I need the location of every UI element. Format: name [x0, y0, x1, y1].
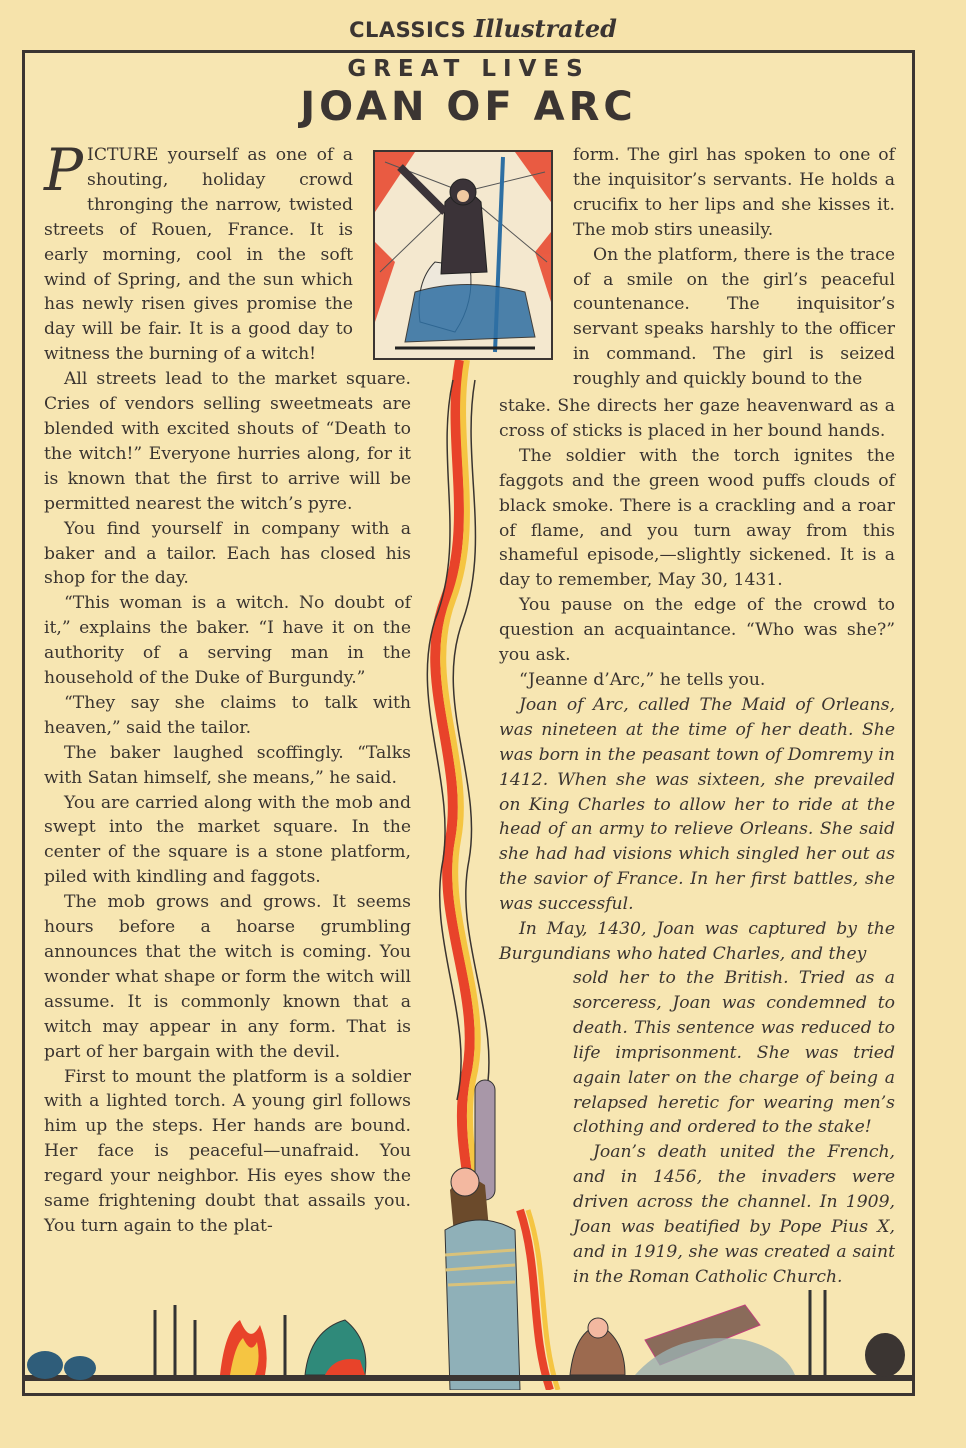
section-kicker: GREAT LIVES: [22, 56, 915, 82]
article-paragraph: PICTURE yourself as one of a shouting, h…: [44, 143, 353, 367]
article-right-column-middle: stake. She directs her gaze heavenward a…: [499, 394, 895, 967]
masthead-brand: CLASSICS: [349, 18, 466, 42]
drop-cap: P: [44, 145, 83, 195]
masthead-brand-script: Illustrated: [474, 14, 617, 43]
article-paragraph: “Jeanne d’Arc,” he tells you.: [499, 668, 895, 693]
article-paragraph: “This woman is a witch. No doubt of it,”…: [44, 591, 411, 691]
article-paragraph: stake. She directs her gaze heavenward a…: [499, 394, 895, 444]
biography-paragraph: In May, 1430, Joan was captured by the B…: [499, 917, 895, 967]
article-right-column-lower: sold her to the British. Tried as a sorc…: [573, 966, 895, 1290]
article-paragraph: You pause on the edge of the crowd to qu…: [499, 593, 895, 668]
article-paragraph: You find yourself in company with a bake…: [44, 517, 411, 592]
article-paragraph: On the platform, there is the trace of a…: [573, 243, 895, 392]
biography-paragraph: Joan of Arc, called The Maid of Orleans,…: [499, 693, 895, 917]
masthead: CLASSICS Illustrated: [0, 14, 966, 43]
article-paragraph: You are carried along with the mob and s…: [44, 791, 411, 891]
article-paragraph: The baker laughed scoffingly. “Talks wit…: [44, 741, 411, 791]
article-paragraph: The soldier with the torch ignites the f…: [499, 444, 895, 593]
article-paragraph: “They say she claims to talk with heaven…: [44, 691, 411, 741]
page-title: JOAN OF ARC: [22, 84, 915, 130]
article-paragraph: All streets lead to the market square. C…: [44, 367, 411, 516]
biography-paragraph: Joan’s death united the French, and in 1…: [573, 1140, 895, 1289]
article-paragraph: The mob grows and grows. It seems hours …: [44, 890, 411, 1064]
article-right-column-top: form. The girl has spoken to one of the …: [573, 143, 895, 392]
article-left-column: PICTURE yourself as one of a shouting, h…: [44, 143, 411, 1239]
biography-paragraph: sold her to the British. Tried as a sorc…: [573, 966, 895, 1140]
article-paragraph: form. The girl has spoken to one of the …: [573, 143, 895, 243]
article-paragraph: First to mount the platform is a soldier…: [44, 1065, 411, 1239]
